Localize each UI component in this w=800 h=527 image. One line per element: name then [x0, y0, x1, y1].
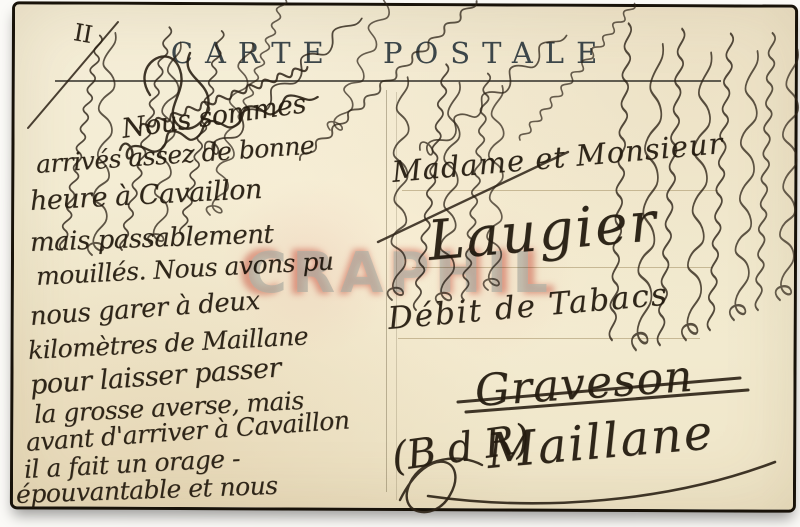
watermark: CRAPHIL CRAPHIL [246, 240, 586, 308]
message-line: heure à Cavaillon [29, 176, 262, 215]
address-recipient: Madame et Monsieur [391, 129, 725, 187]
watermark-text: CRAPHIL [246, 240, 553, 308]
address-crossed-out-town: Graveson [473, 355, 694, 414]
message-line: épouvantable et nous [16, 473, 278, 507]
roman-numeral-mark: II [72, 20, 94, 47]
message-line: arrivés assez de bonne [35, 133, 315, 177]
message-line: nous garer à deux [29, 288, 260, 330]
postcard-scan: CARTE POSTALE [0, 0, 800, 527]
